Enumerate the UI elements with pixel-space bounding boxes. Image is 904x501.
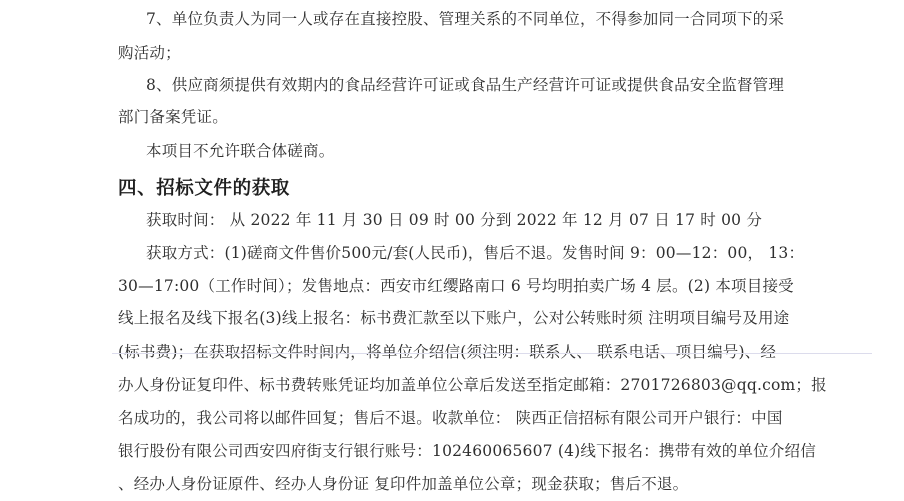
acquisition-method-line-5: 办人身份证复印件、标书费转账凭证均加盖单位公章后发送至指定邮箱：27017268… (118, 375, 827, 395)
paragraph-8-line-1: 8、供应商须提供有效期内的食品经营许可证或食品生产经营许可证或提供食品安全监督管… (146, 75, 784, 95)
acquisition-time: 获取时间： 从 2022 年 11 月 30 日 09 时 00 分到 2022… (146, 210, 762, 230)
acquisition-method-line-3: 线上报名及线下报名(3)线上报名：标书费汇款至以下账户，公对公转账时须 注明项目… (118, 308, 789, 328)
section-heading: 四、招标文件的获取 (118, 174, 290, 200)
consortium-note: 本项目不允许联合体磋商。 (146, 141, 334, 161)
paragraph-7-line-1: 7、单位负责人为同一人或存在直接控股、管理关系的不同单位，不得参加同一合同项下的… (146, 9, 784, 29)
acquisition-method-line-2: 30—17:00（工作时间）；发售地点：西安市红缨路南口 6 号均明拍卖广场 4… (118, 276, 794, 296)
acquisition-method-line-7: 银行股份有限公司西安四府街支行银行账号：102460065607 (4)线下报名… (118, 441, 816, 461)
paragraph-8-line-2: 部门备案凭证。 (118, 107, 228, 127)
acquisition-method-line-8: 、经办人身份证原件、经办人身份证 复印件加盖单位公章；现金获取；售后不退。 (118, 474, 688, 494)
acquisition-method-line-4: (标书费)；在获取招标文件时间内，将单位介绍信(须注明：联系人、 联系电话、项目… (118, 342, 776, 362)
acquisition-method-line-6: 名成功的，我公司将以邮件回复；售后不退。收款单位： 陕西正信招标有限公司开户银行… (118, 408, 783, 428)
scan-artifact-rule (112, 353, 872, 354)
paragraph-7-line-2: 购活动； (118, 43, 181, 63)
acquisition-method-line-1: 获取方式：(1)磋商文件售价500元/套(人民币)，售后不退。发售时间 9：00… (146, 243, 804, 263)
